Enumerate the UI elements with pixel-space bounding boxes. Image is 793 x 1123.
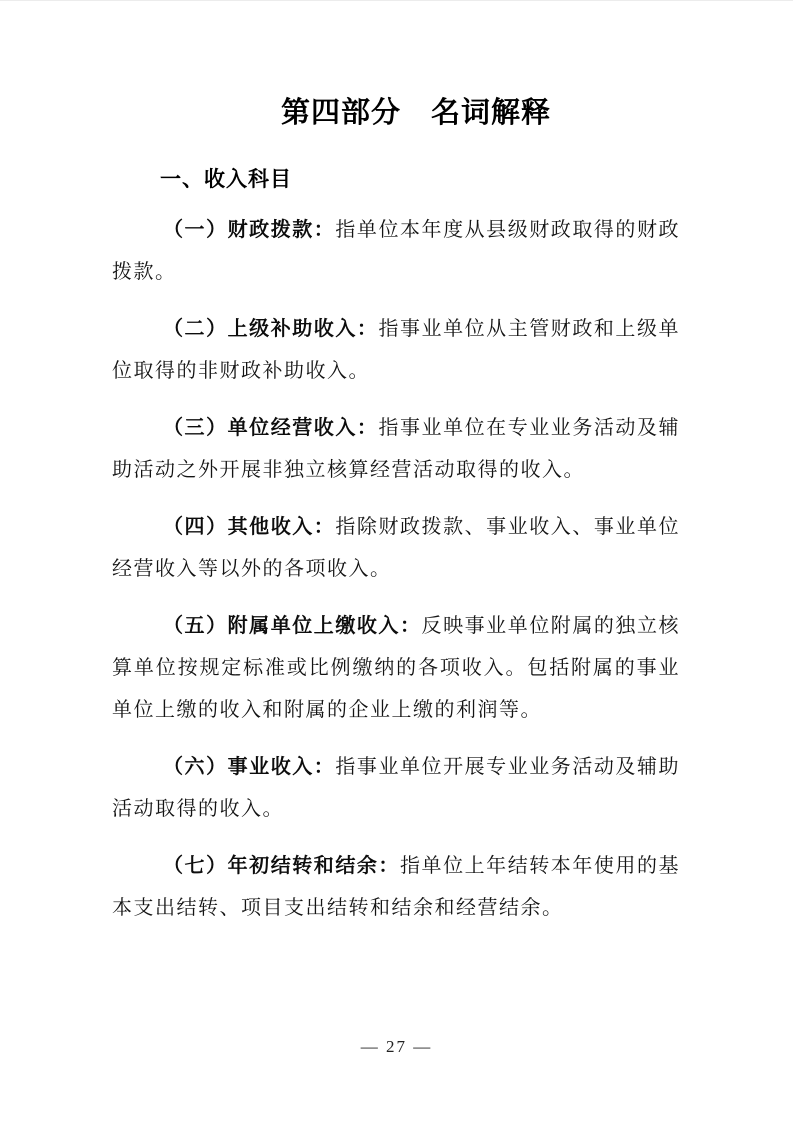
definition-term: （七）年初结转和结余： bbox=[163, 855, 400, 877]
page-number: — 27 — bbox=[0, 1037, 793, 1057]
definitions-list: （一）财政拨款：指单位本年度从县级财政取得的财政拨款。 （二）上级补助收入：指事… bbox=[112, 209, 680, 929]
definition-paragraph: （一）财政拨款：指单位本年度从县级财政取得的财政拨款。 bbox=[112, 209, 680, 293]
definition-paragraph: （二）上级补助收入：指事业单位从主管财政和上级单位取得的非财政补助收入。 bbox=[112, 308, 680, 392]
document-title: 第四部分 名词解释 bbox=[152, 93, 680, 133]
definition-term: （六）事业收入： bbox=[163, 756, 335, 778]
definition-paragraph: （六）事业收入：指事业单位开展专业业务活动及辅助活动取得的收入。 bbox=[112, 746, 680, 830]
section-heading-income-subjects: 一、收入科目 bbox=[112, 166, 680, 194]
definition-term: （五）附属单位上缴收入： bbox=[163, 615, 422, 637]
definition-term: （三）单位经营收入： bbox=[163, 417, 378, 439]
definition-term: （四）其他收入： bbox=[163, 516, 335, 538]
document-page: { "document": { "title": "第四部分 名词解释", "s… bbox=[0, 0, 793, 1123]
page-content: 第四部分 名词解释 一、收入科目 （一）财政拨款：指单位本年度从县级财政取得的财… bbox=[112, 1, 680, 1123]
definition-paragraph: （五）附属单位上缴收入：反映事业单位附属的独立核算单位按规定标准或比例缴纳的各项… bbox=[112, 605, 680, 731]
definition-paragraph: （七）年初结转和结余：指单位上年结转本年使用的基本支出结转、项目支出结转和结余和… bbox=[112, 845, 680, 929]
definition-paragraph: （三）单位经营收入：指事业单位在专业业务活动及辅助活动之外开展非独立核算经营活动… bbox=[112, 407, 680, 491]
definition-paragraph: （四）其他收入：指除财政拨款、事业收入、事业单位经营收入等以外的各项收入。 bbox=[112, 506, 680, 590]
definition-term: （二）上级补助收入： bbox=[163, 318, 378, 340]
definition-term: （一）财政拨款： bbox=[163, 219, 335, 241]
